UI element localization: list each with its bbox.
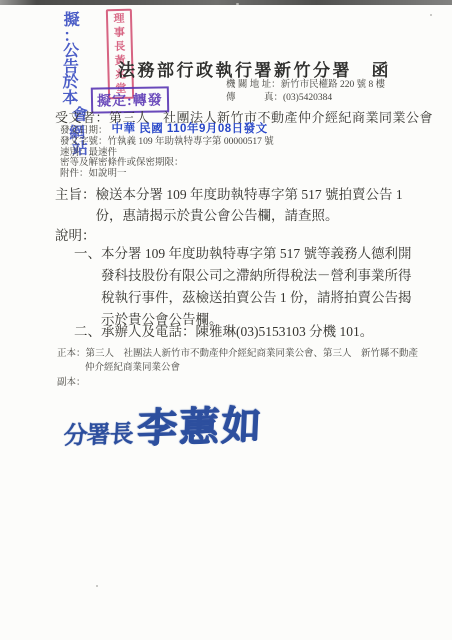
attachment-row: 附件：如說明一 — [60, 169, 274, 180]
subject-text: 檢送本分署 109 年度助執特專字第 517 號拍賣公告 1 份，惠請揭示於貴公… — [96, 184, 426, 226]
seal-char: 長 — [114, 41, 125, 53]
agency-fax: 傳 真：(03)5420384 — [226, 92, 385, 105]
original-recipients-cont: 仲介經紀商業同業公會 — [57, 361, 437, 375]
scan-speck — [96, 585, 98, 587]
original-label: 正本： — [57, 347, 86, 361]
item-text: 承辦人及電話：陳雅琳(03)5153103 分機 101。 — [101, 320, 373, 340]
original-copy-row: 正本： 第三人 社團法人新竹市不動產仲介經紀商業同業公會、第三人 新竹縣不動產 — [57, 347, 437, 361]
document-meta-block: 發文日期：中華 民國 110年9月08日發文 發文字號：竹執義 109 年助執特… — [60, 125, 274, 180]
explanation-item-2: 二、 承辦人及電話：陳雅琳(03)5153103 分機 101。 — [74, 320, 434, 340]
issue-date-label: 發文日期： — [60, 126, 108, 136]
explanation-item-1: 一、 本分署 109 年度助執特專字第 517 號等義務人德利開發科技股份有限公… — [74, 243, 424, 331]
scanned-official-letter: 擬 ： 公 告 於 本 會 網 站 理 事 長 黃 兆 堂 擬定:轉發 法務部行… — [0, 0, 452, 640]
security-row: 密等及解密條件或保密期限： — [60, 158, 274, 169]
cc-label: 副本： — [57, 376, 437, 390]
item-number: 一、 — [74, 243, 101, 331]
scan-edge-artifact — [0, 0, 452, 5]
subject-label: 主旨： — [55, 184, 96, 226]
signature-title: 分署長 — [63, 419, 133, 450]
handwritten-note-vertical: 擬 ： 公 告 於 本 — [59, 12, 83, 105]
agency-contact-block: 機 關 地 址：新竹市民權路 220 號 8 樓 傳 真：(03)5420384 — [226, 79, 385, 105]
scan-speck — [236, 3, 239, 5]
agency-address: 機 關 地 址：新竹市民權路 220 號 8 樓 — [226, 79, 385, 92]
signature-name: 李蕙如 — [136, 401, 264, 451]
scan-speck — [430, 14, 432, 16]
chairman-red-seal: 理 事 長 黃 兆 堂 — [106, 9, 134, 100]
explanation-heading: 說明： — [55, 224, 96, 244]
distribution-block: 正本： 第三人 社團法人新竹市不動產仲介經紀商業同業公會、第三人 新竹縣不動產 … — [57, 347, 437, 390]
item-number: 二、 — [74, 320, 101, 340]
document-title: 法務部行政執行署新竹分署 函 — [118, 56, 391, 81]
director-signature-stamp: 分署長李蕙如 — [63, 393, 264, 455]
doc-number-row: 發文字號：竹執義 109 年助執特專字第 00000517 號 — [60, 137, 274, 148]
issue-date-row: 發文日期：中華 民國 110年9月08日發文 — [60, 125, 274, 137]
issue-date-stamp: 中華 民國 110年9月08日發文 — [112, 124, 268, 135]
item-text: 本分署 109 年度助執特專字第 517 號等義務人德利開發科技股份有限公司之滯… — [101, 243, 424, 331]
original-recipients: 第三人 社團法人新竹市不動產仲介經紀商業同業公會、第三人 新竹縣不動產 — [86, 347, 419, 361]
speed-row: 速別：最速件 — [60, 148, 274, 159]
seal-char: 事 — [114, 27, 125, 39]
subject-paragraph: 主旨： 檢送本分署 109 年度助執特專字第 517 號拍賣公告 1 份，惠請揭… — [55, 184, 425, 226]
seal-char: 理 — [113, 13, 124, 25]
